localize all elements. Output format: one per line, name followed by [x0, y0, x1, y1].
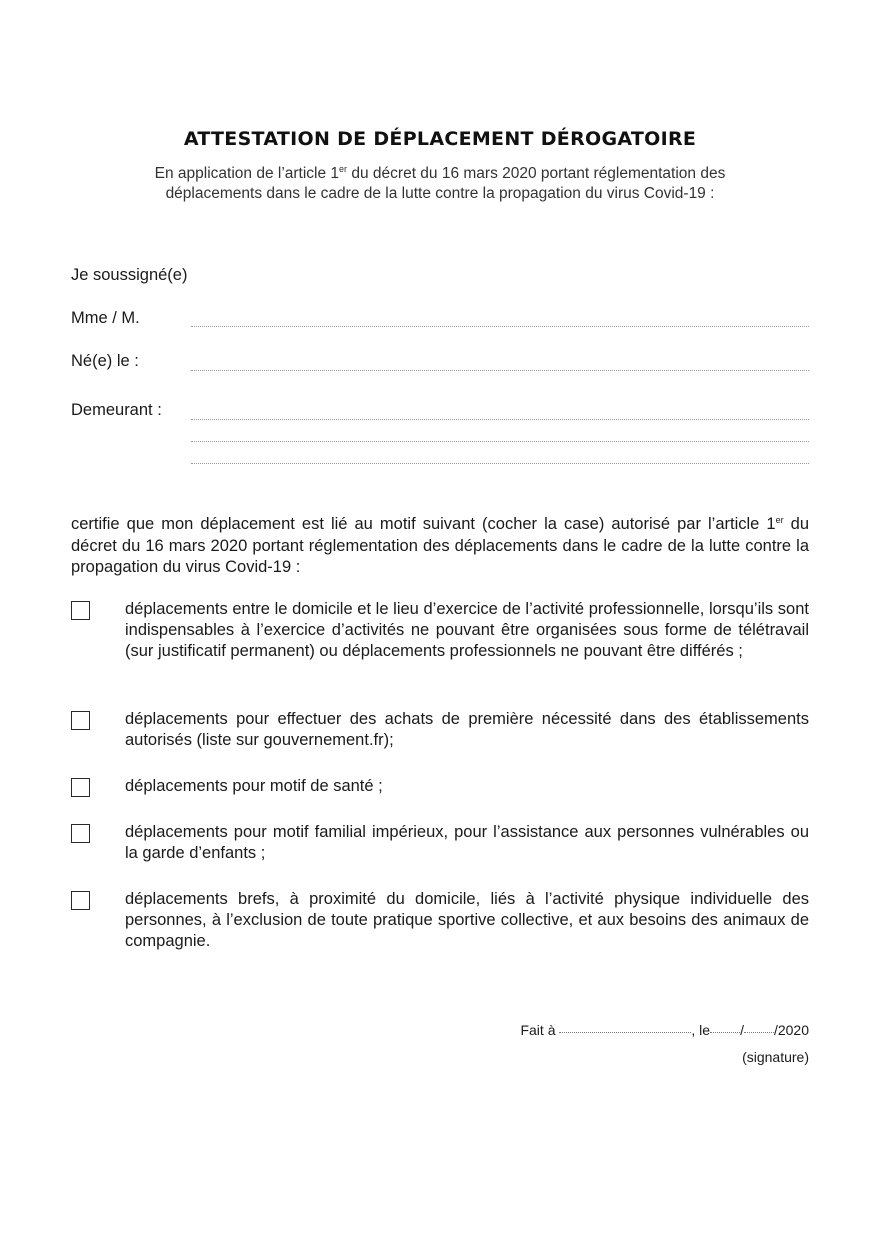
option-label: déplacements pour motif familial impérie…	[125, 822, 809, 864]
certification-sup: er	[776, 515, 784, 525]
place-date-line: Fait à , le//2020	[520, 1022, 809, 1038]
certification-text-pre: certifie que mon déplacement est lié au …	[71, 515, 776, 533]
intro-label: Je soussigné(e)	[71, 266, 187, 285]
option-label: déplacements pour motif de santé ;	[125, 776, 809, 797]
subtitle-text-pre: En application de l’article 1	[155, 165, 339, 182]
le-label: , le	[691, 1022, 710, 1038]
address-field-line-3[interactable]	[191, 463, 809, 464]
checkbox-professional[interactable]	[71, 601, 90, 620]
date-separator: /	[740, 1022, 744, 1038]
checkbox-physical-activity[interactable]	[71, 891, 90, 910]
option-label: déplacements brefs, à proximité du domic…	[125, 889, 809, 952]
signature-label: (signature)	[742, 1049, 809, 1065]
birthdate-field[interactable]	[191, 370, 809, 371]
address-field-line-2[interactable]	[191, 441, 809, 442]
certification-paragraph: certifie que mon déplacement est lié au …	[71, 514, 809, 579]
checkbox-health[interactable]	[71, 778, 90, 797]
document-title: ATTESTATION DE DÉPLACEMENT DÉROGATOIRE	[0, 128, 880, 150]
year-suffix: /2020	[774, 1022, 809, 1038]
document-subtitle: En application de l’article 1er du décre…	[100, 164, 780, 204]
place-field[interactable]	[559, 1032, 691, 1033]
address-field-line-1[interactable]	[191, 419, 809, 420]
subtitle-line2: déplacements dans le cadre de la lutte c…	[166, 185, 715, 202]
birth-label: Né(e) le :	[71, 352, 139, 371]
month-field[interactable]	[744, 1032, 774, 1033]
fait-a-label: Fait à	[520, 1022, 559, 1038]
option-label: déplacements entre le domicile et le lie…	[125, 599, 809, 662]
subtitle-text-post: du décret du 16 mars 2020 portant réglem…	[347, 165, 725, 182]
option-label: déplacements pour effectuer des achats d…	[125, 709, 809, 751]
day-field[interactable]	[710, 1032, 740, 1033]
address-label: Demeurant :	[71, 401, 162, 420]
name-label: Mme / M.	[71, 309, 140, 328]
subtitle-sup: er	[339, 164, 347, 174]
attestation-page: ATTESTATION DE DÉPLACEMENT DÉROGATOIRE E…	[0, 0, 880, 1244]
checkbox-essential-purchases[interactable]	[71, 711, 90, 730]
checkbox-family[interactable]	[71, 824, 90, 843]
name-field[interactable]	[191, 326, 809, 327]
